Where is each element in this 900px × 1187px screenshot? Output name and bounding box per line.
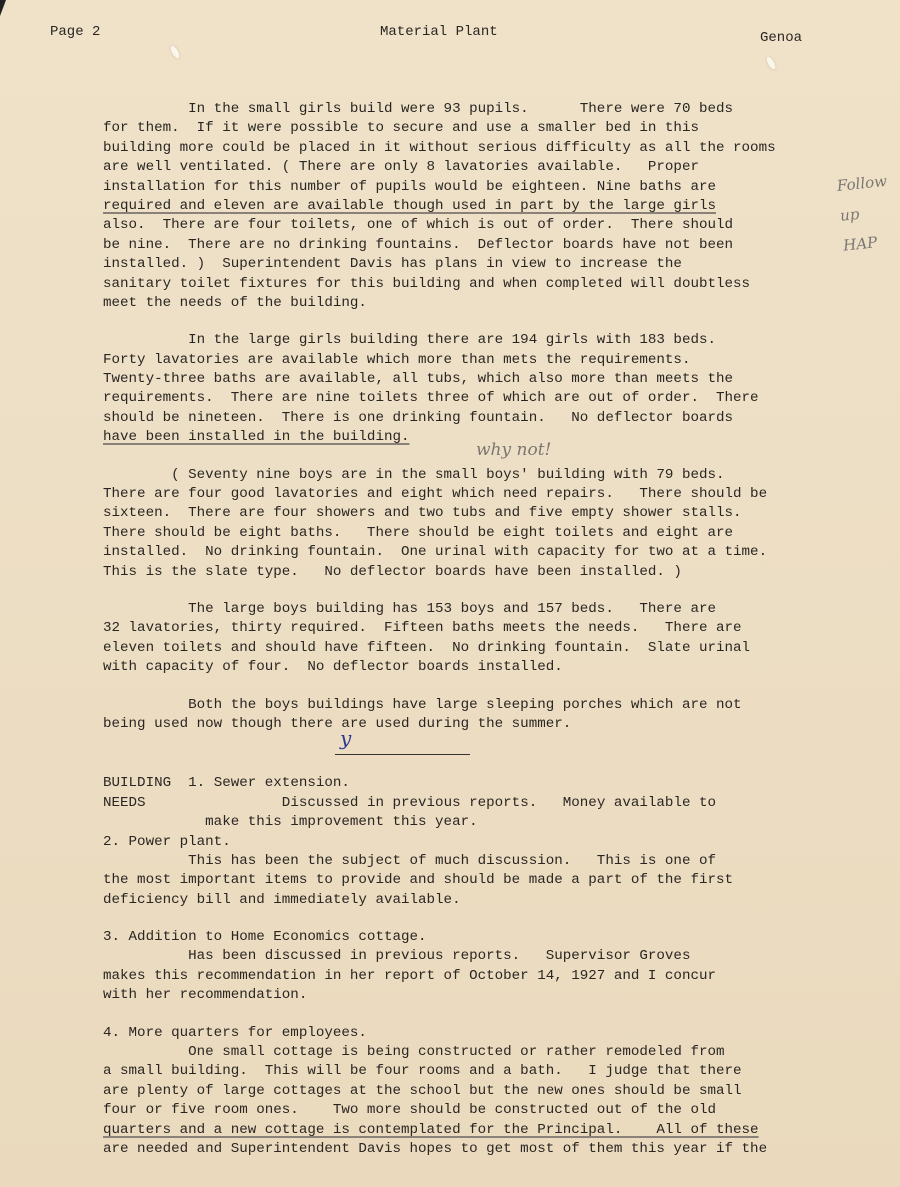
need-title: 3. Addition to Home Economics cottage. (103, 928, 863, 947)
text-line: The large boys building has 153 boys and… (103, 600, 863, 619)
text-line: four or five room ones. Two more should … (103, 1101, 863, 1120)
text-line: Discussed in previous reports. Money ava… (146, 795, 716, 811)
text-line: Twenty-three baths are available, all tu… (103, 370, 863, 389)
text-line: makes this recommendation in her report … (103, 967, 863, 986)
paragraph-small-boys: ( Seventy nine boys are in the small boy… (103, 466, 863, 582)
text-line: ( Seventy nine boys are in the small boy… (103, 466, 863, 485)
text-line: required and eleven are available though… (103, 197, 863, 216)
text-line: with capacity of four. No deflector boar… (103, 658, 863, 677)
page-location: Genoa (760, 30, 802, 46)
text-line: Forty lavatories are available which mor… (103, 351, 863, 370)
page-title: Material Plant (380, 24, 498, 40)
text-line: make this improvement this year. (103, 813, 863, 832)
text-line: 32 lavatories, thirty required. Fifteen … (103, 619, 863, 638)
need-title: 1. Sewer extension. (188, 775, 350, 791)
text-line: deficiency bill and immediately availabl… (103, 891, 863, 910)
text-line: installed. No drinking fountain. One uri… (103, 543, 863, 562)
text-line: building more could be placed in it with… (103, 139, 863, 158)
text-line: There are four good lavatories and eight… (103, 485, 863, 504)
text-line: There should be eight baths. There shoul… (103, 524, 863, 543)
text-line: Has been discussed in previous reports. … (103, 947, 863, 966)
text-line: should be nineteen. There is one drinkin… (103, 409, 863, 428)
text-line: are well ventilated. ( There are only 8 … (103, 158, 863, 177)
text-line: quarters and a new cottage is contemplat… (103, 1121, 863, 1140)
margin-annotation: Follow up HAP (835, 165, 899, 260)
text-line: In the small girls build were 93 pupils.… (103, 100, 863, 119)
text-line: installation for this number of pupils w… (103, 178, 863, 197)
text-line: eleven toilets and should have fifteen. … (103, 639, 863, 658)
paragraph-large-girls: In the large girls building there are 19… (103, 331, 863, 447)
text-line: being used now though there are used dur… (103, 715, 863, 734)
building-needs-section: BUILDING 1. Sewer extension. NEEDS Discu… (103, 774, 863, 1159)
need-title: 4. More quarters for employees. (103, 1024, 863, 1043)
document-body: In the small girls build were 93 pupils.… (103, 100, 863, 1159)
text-line: be nine. There are no drinking fountains… (103, 236, 863, 255)
text-line: the most important items to provide and … (103, 871, 863, 890)
paragraph-porches: Both the boys buildings have large sleep… (103, 696, 863, 735)
handwritten-note: why not! (476, 440, 551, 460)
ink-correction: y (340, 726, 351, 750)
page-corner (0, 0, 6, 16)
text-line: for them. If it were possible to secure … (103, 119, 863, 138)
text-line: In the large girls building there are 19… (103, 331, 863, 350)
text-line: requirements. There are nine toilets thr… (103, 389, 863, 408)
need-title: 2. Power plant. (103, 833, 863, 852)
paragraph-large-boys: The large boys building has 153 boys and… (103, 600, 863, 678)
text-line: This is the slate type. No deflector boa… (103, 563, 863, 582)
staple-hole (765, 55, 777, 70)
text-line: installed. ) Superintendent Davis has pl… (103, 255, 863, 274)
staple-hole (169, 44, 181, 59)
text-line: sanitary toilet fixtures for this buildi… (103, 275, 863, 294)
section-label: BUILDING (103, 775, 171, 791)
text-line: sixteen. There are four showers and two … (103, 504, 863, 523)
text-line: meet the needs of the building. (103, 294, 863, 313)
text-line: are plenty of large cottages at the scho… (103, 1082, 863, 1101)
text-line: One small cottage is being constructed o… (103, 1043, 863, 1062)
section-divider (335, 754, 470, 755)
page-number: Page 2 (50, 24, 100, 40)
section-label: NEEDS (103, 795, 146, 811)
text-line: also. There are four toilets, one of whi… (103, 216, 863, 235)
text-line: are needed and Superintendent Davis hope… (103, 1140, 863, 1159)
paragraph-small-girls: In the small girls build were 93 pupils.… (103, 100, 863, 313)
document-page: Page 2 Material Plant Genoa In the small… (0, 0, 900, 1187)
text-line: Both the boys buildings have large sleep… (103, 696, 863, 715)
text-line: This has been the subject of much discus… (103, 852, 863, 871)
text-line: with her recommendation. (103, 986, 863, 1005)
text-line: a small building. This will be four room… (103, 1062, 863, 1081)
